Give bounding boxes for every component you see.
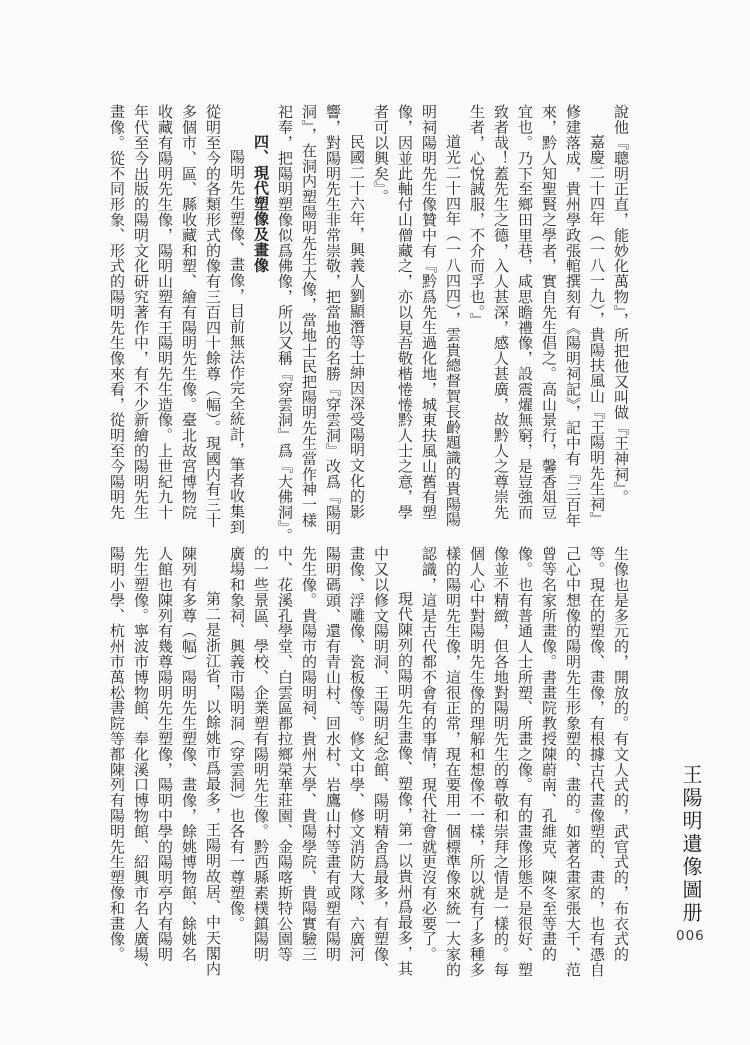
text-column: 畫像、浮雕像、瓷板像等。修文中學、修文消防大隊、六廣河	[344, 546, 368, 960]
text-column: 己心中想像的陽明先生形象塑的、畫的。如著名畫家張大千、范	[560, 546, 584, 960]
article-bottom-band: 生像也是多元的，開放的。有文人式的，武官式的，布衣式的等。現在的塑像、畫像，有根…	[102, 546, 632, 960]
text-column: 廣場和象祠、興義市陽明洞（穿雲洞）也各有一尊塑像。	[224, 546, 248, 960]
text-column: 多個市、區、縣收藏和塑、繪有陽明先生像。臺北故宮博物院	[176, 104, 200, 512]
text-column: 等。現在的塑像、畫像，有根據古代畫像塑的、畫的，也有憑自	[584, 546, 608, 960]
text-column: 者可以興矣』。	[368, 104, 392, 512]
text-column: 收藏有陽明先生像，陽明山塑有王陽明先生造像。上世紀九十	[152, 104, 176, 512]
text-column: 中、花溪孔學堂、白雲區都拉鄉榮華莊園、金陽喀斯特公園等	[272, 546, 296, 960]
section-heading: 四、現代塑像及畫像	[248, 104, 272, 512]
text-column: 陽明碼頭、還有青山村、回水村、岩鷹山村等畫有或塑有陽明	[320, 546, 344, 960]
text-column: 先生像。貴陽市的陽明祠、貴州大學、貴陽學院、貴陽實驗三	[296, 546, 320, 960]
text-column: 第二是浙江省，以餘姚市爲最多，王陽明故居、中天閣内	[200, 546, 224, 960]
text-column: 人館也陳列有幾尊陽明先生塑像，陽明中學的陽明亭内有陽明	[152, 546, 176, 960]
text-column: 曾等名家所畫像。書畫院教授陳蔚南、孔維克、陳冬至等畫的	[536, 546, 560, 960]
text-column: 道光二十四年（一八四四），雲貴總督賀長齡題識的貴陽陽	[440, 104, 464, 512]
text-column: 來，黔人知聖賢之學者，實自先生倡之。高山景行，馨香俎豆	[536, 104, 560, 512]
text-column: 年代至今出版的陽明文化研究著作中，有不少新繪的陽明先生	[128, 104, 152, 512]
text-column: 民國二十六年，興義人劉顯潛等士紳因深受陽明文化的影	[344, 104, 368, 512]
text-column: 認識，這是古代都不會有的事情，現代社會就更沒有必要了。	[416, 546, 440, 960]
text-column: 修建落成，貴州學政張輨撰刻有《陽明祠記》，記中有『三百年	[560, 104, 584, 512]
text-column: 陳列有多尊（幅）陽明先生塑像、畫像，餘姚博物館、餘姚名	[176, 546, 200, 960]
text-column: 宜也。乃下至鄉田里巷，咸思瞻禮像，設震燿無窮，是豈強而	[512, 104, 536, 512]
text-column: 洞』，在洞内塑陽明先生大像，當地士民把陽明先生當作神一樣	[296, 104, 320, 512]
text-column: 生者，心悅誠服，不介而孚也。』	[464, 104, 488, 512]
text-column: 中又以修文陽明洞、王陽明紀念館、陽明精舍爲最多，有塑像、	[368, 546, 392, 960]
text-column: 祀奉，把陽明塑像似爲佛像，所以又稱『穿雲洞』爲『大佛洞』。	[272, 104, 296, 512]
text-column: 生像也是多元的，開放的。有文人式的，武官式的，布衣式的	[608, 546, 632, 960]
text-column: 說他『聰明正直，能妙化萬物』，所把他又叫做『王神祠』。	[608, 104, 632, 512]
text-column: 像並不精緻，但各地對陽明先生的尊敬和崇拜之情是一樣的。每	[488, 546, 512, 960]
text-column: 樣的陽明先生像，這很正常，現在要用一個標準像來統一大家的	[440, 546, 464, 960]
text-column: 陽明小學、杭州市萬松書院等都陳列有陽明先生塑像和畫像。	[104, 546, 128, 960]
book-page: 說他『聰明正直，能妙化萬物』，所把他又叫做『王神祠』。嘉慶二十四年（一八一九），…	[0, 0, 750, 1045]
text-column: 像。也有普通人士所塑、所畫之像。有的畫像形態不是很好、塑	[512, 546, 536, 960]
text-column: 先生塑像。寧波市博物館、奉化溪口博物館、紹興市名人廣場、	[128, 546, 152, 960]
book-title: 王陽明遺像圖册	[676, 764, 705, 936]
text-column: 像，因並此軸付山僧藏之，亦以見吾敬楷惓惓黔人士之意，學	[392, 104, 416, 512]
text-column: 嘉慶二十四年（一八一九），貴陽扶風山『王陽明先生祠』	[584, 104, 608, 512]
text-column: 明祠陽明先生像贊中有『黔爲先生過化地，城東扶風山舊有塑	[416, 104, 440, 512]
page-number: 006	[676, 928, 705, 944]
text-column: 畫像。從不同形象、形式的陽明先生像來看，從明至今陽明先	[104, 104, 128, 512]
text-column: 個人心中對陽明先生像的理解和想像不一樣，所以就有了多種多	[464, 546, 488, 960]
text-column: 響，對陽明先生非常崇敬，把當地的名勝『穿雲洞』改爲『陽明	[320, 104, 344, 512]
text-column: 致者哉！蓋先生之德，入人甚深，感人甚廣，故黔人之尊崇先	[488, 104, 512, 512]
text-column: 陽明先生塑像、畫像，目前無法作完全統計，筆者收集到	[224, 104, 248, 512]
text-column: 從明至今的各類形式的像有三百四十餘尊（幅）。現國内有三十	[200, 104, 224, 512]
text-column: 的一些景區、學校、企業塑有陽明先生像。黔西縣素樸鎮陽明	[248, 546, 272, 960]
article-top-band: 說他『聰明正直，能妙化萬物』，所把他又叫做『王神祠』。嘉慶二十四年（一八一九），…	[102, 104, 632, 512]
text-column: 現代陳列的陽明先生畫像、塑像，第一以貴州爲最多，其	[392, 546, 416, 960]
